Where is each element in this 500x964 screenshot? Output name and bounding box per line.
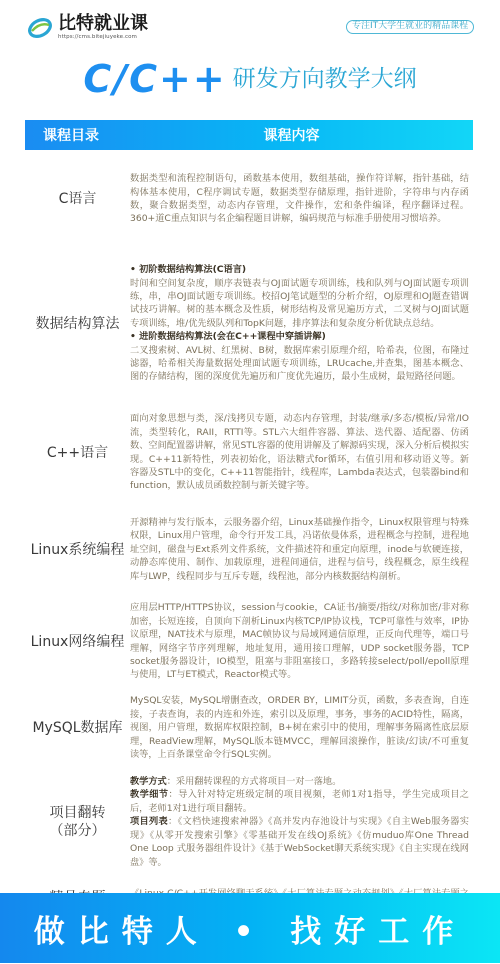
brand-logo: 比特就业课 https://cms.bitejiuyeke.com [26,14,148,41]
teaching-details: 教学细节：导入针对特定班级定制的项目视频，老师1对1指导，学生完成项目之后，老师… [130,788,469,815]
row-content: • 初阶数据结构算法(C语言) 时间和空间复杂度，顺序表链表与OJ面试题专项训练… [130,263,473,384]
row-content: 面向对象思想与类，深/浅拷贝专题，动态内存管理，封装/继承/多态/模板/异常/I… [130,412,473,492]
row-category: C语言 [25,190,130,208]
column-header-content: 课程内容 [130,125,473,145]
row-category: 项目翻转 （部分） [25,804,130,840]
row-category: Linux网络编程 [25,633,130,651]
title-brand: C/C++ [83,57,226,101]
category-line2: （部分） [25,822,130,840]
label: 项目列表 [130,816,168,827]
footer-banner: 做比特人 • 找好工作 [0,893,500,963]
table-row-projects: 项目翻转 （部分） 教学方式：采用翻转课程的方式将项目一对一落地。 教学细节：导… [25,766,473,878]
row-content: 开源精神与发行版本，云服务器介绍，Linux基础操作指令，Linux权限管理与特… [130,516,473,583]
logo-url: https://cms.bitejiuyeke.com [58,34,148,41]
logo-name: 比特就业课 [58,14,148,34]
row-category: MySQL数据库 [25,719,130,737]
row-category: Linux系统编程 [25,541,130,559]
table-row-c-language: C语言 数据类型和流程控制语句，函数基本使用，数组基础，操作符详解，指针基础，结… [25,150,473,248]
column-header-category: 课程目录 [25,125,130,145]
row-content: 数据类型和流程控制语句，函数基本使用，数组基础，操作符详解，指针基础，结构体基本… [130,172,473,226]
table-row-cpp: C++语言 面向对象思想与类，深/浅拷贝专题，动态内存管理，封装/继承/多态/模… [25,399,473,506]
syllabus-table: 课程目录 课程内容 C语言 数据类型和流程控制语句，函数基本使用，数组基础，操作… [25,120,473,940]
teaching-method: 教学方式：采用翻转课程的方式将项目一对一落地。 [130,775,469,788]
row-category: C++语言 [25,444,130,462]
table-row-mysql: MySQL数据库 MySQL安装，MySQL增删查改，ORDER BY，LIMI… [25,690,473,766]
section-title-advanced: • 进阶数据结构算法(会在C++课程中穿插讲解) [130,330,469,343]
logo-ring-icon [26,16,54,40]
title-subtitle: 研发方向教学大纲 [233,57,417,101]
category-line1: 项目翻转 [25,804,130,822]
section-text-advanced: 二叉搜索树、AVL树、红黑树、B树，数据库索引原理介绍，哈希表，位图，布隆过滤器… [130,344,469,384]
section-title-basic: • 初阶数据结构算法(C语言) [130,263,469,276]
page-header: 比特就业课 https://cms.bitejiuyeke.com 专注IT大学… [0,0,500,110]
footer-slogan: 做比特人 • 找好工作 [34,906,466,951]
table-header: 课程目录 课程内容 [25,120,473,150]
table-row-linux-system: Linux系统编程 开源精神与发行版本，云服务器介绍，Linux基础操作指令，L… [25,506,473,593]
label: 教学细节 [130,789,168,800]
row-content: 应用层HTTP/HTTPS协议，session与cookie，CA证书/摘要/指… [130,601,473,681]
table-row-linux-network: Linux网络编程 应用层HTTP/HTTPS协议，session与cookie… [25,593,473,690]
project-list: 项目列表：《文档快速搜索神器》《高并发内存池设计与实现》《自主Web服务器实现》… [130,815,469,869]
tagline-badge: 专注IT大学生就业的精品课程 [346,20,474,34]
section-text-basic: 时间和空间复杂度，顺序表链表与OJ面试题专项训练，栈和队列与OJ面试题专项训练，… [130,277,469,331]
row-content: 教学方式：采用翻转课程的方式将项目一对一落地。 教学细节：导入针对特定班级定制的… [130,775,473,869]
label: 教学方式 [130,776,167,787]
table-row-data-structures: 数据结构算法 • 初阶数据结构算法(C语言) 时间和空间复杂度，顺序表链表与OJ… [25,248,473,399]
page-title: C/C++研发方向教学大纲 [0,57,500,101]
row-category: 数据结构算法 [25,315,130,333]
row-content: MySQL安装，MySQL增删查改，ORDER BY，LIMIT分页，函数，多表… [130,694,473,761]
